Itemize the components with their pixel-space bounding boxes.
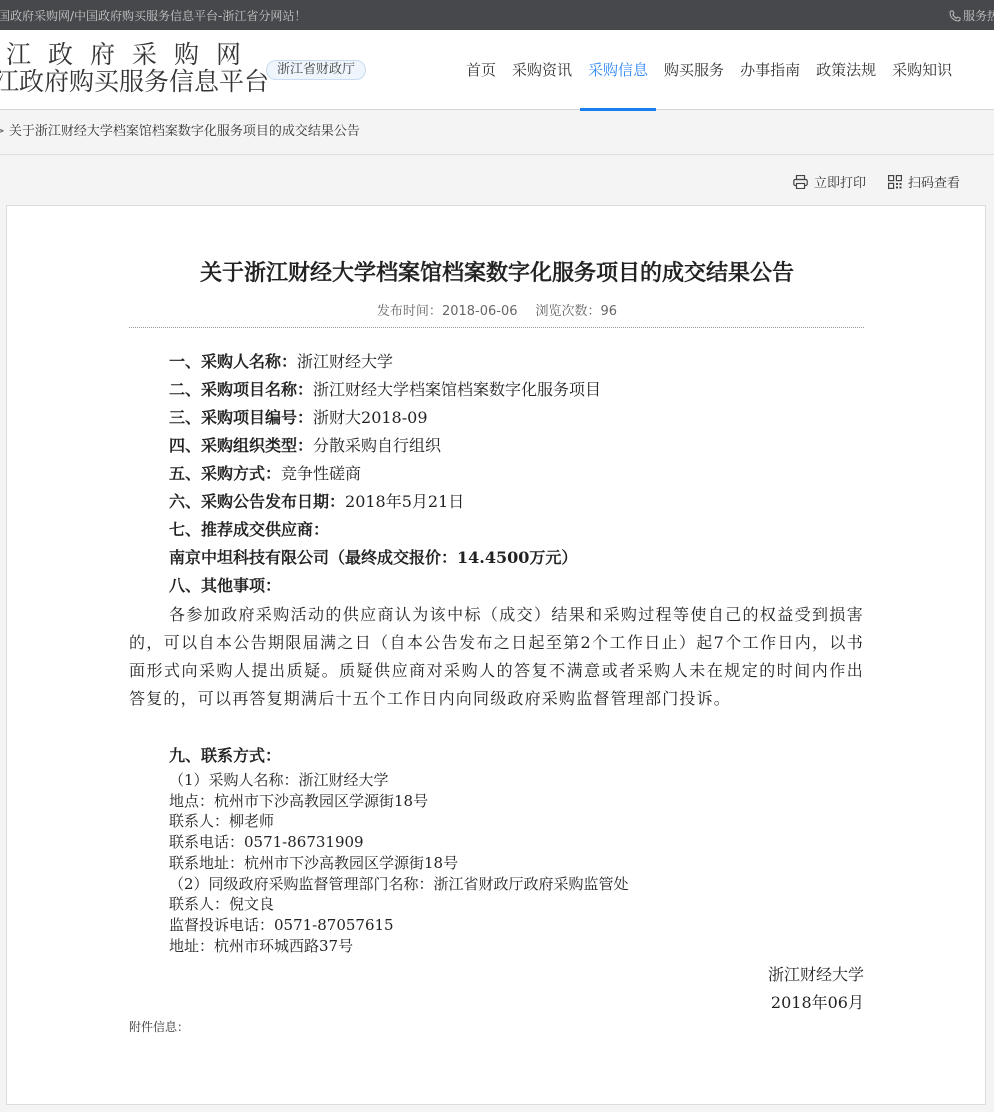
nav-item-guide[interactable]: 办事指南 — [732, 30, 808, 110]
item-purchaser: 一、采购人名称：浙江财经大学 — [169, 352, 393, 372]
contact-line: 地点：杭州市下沙高教园区学源街18号 — [169, 791, 428, 812]
print-label: 立即打印 — [814, 172, 866, 191]
signature-org: 浙江财经大学 — [768, 962, 864, 985]
contact-line: 联系地址：杭州市下沙高教园区学源街18号 — [169, 853, 458, 874]
breadcrumb: >关于浙江财经大学档案馆档案数字化服务项目的成交结果公告 — [0, 110, 994, 155]
contact-line: 联系电话：0571-86731909 — [169, 832, 364, 853]
hotline-label: 服务热 — [963, 9, 994, 23]
item-publish-date: 六、采购公告发布日期：2018年5月21日 — [169, 492, 464, 512]
item-supplier-heading: 七、推荐成交供应商： — [169, 520, 329, 540]
contact-line: 联系人：倪文良 — [169, 894, 274, 915]
attachments-label: 附件信息： — [129, 1018, 189, 1035]
item-project-name: 二、采购项目名称：浙江财经大学档案馆档案数字化服务项目 — [169, 380, 601, 400]
article-card: 关于浙江财经大学档案馆档案数字化服务项目的成交结果公告 发布时间：2018-06… — [6, 205, 986, 1105]
nav-item-procurement-info[interactable]: 采购信息 — [580, 30, 656, 110]
nav-item-purchase-services[interactable]: 购买服务 — [656, 30, 732, 110]
printer-icon — [793, 175, 808, 189]
qrcode-icon — [888, 175, 902, 189]
contact-line: 监督投诉电话：0571-87057615 — [169, 915, 394, 936]
contact-line: 地址：杭州市环城西路37号 — [169, 936, 353, 957]
contact-line: 联系人：柳老师 — [169, 811, 274, 832]
contact-line: （1）采购人名称：浙江财经大学 — [169, 770, 389, 791]
article-meta: 发布时间：2018-06-06浏览次数：96 — [7, 300, 987, 319]
publish-label: 发布时间： — [377, 304, 442, 319]
qrcode-button[interactable]: 扫码查看 — [888, 172, 960, 191]
item-project-number: 三、采购项目编号：浙财大2018-09 — [169, 408, 428, 428]
nav-item-home[interactable]: 首页 — [458, 30, 504, 110]
title-divider — [129, 327, 864, 328]
other-text: 各参加政府采购活动的供应商认为该中标（成交）结果和采购过程等使自己的权益受到损害… — [129, 601, 864, 713]
article-tools: 立即打印 扫码查看 — [793, 172, 982, 191]
site-header: 江政府采购网 江政府购买服务信息平台 浙江省财政厅 首页 采购资讯 采购信息 购… — [0, 30, 994, 110]
breadcrumb-separator: > — [0, 124, 5, 139]
print-button[interactable]: 立即打印 — [793, 172, 866, 191]
item-org-type: 四、采购组织类型：分散采购自行组织 — [169, 436, 441, 456]
supplier-result: 南京中坦科技有限公司（最终成交报价：14.4500万元） — [169, 548, 577, 568]
other-heading: 八、其他事项： — [169, 576, 281, 596]
department-badge[interactable]: 浙江省财政厅 — [266, 60, 366, 80]
item-method: 五、采购方式：竞争性磋商 — [169, 464, 361, 484]
views-label: 浏览次数： — [536, 304, 601, 319]
nav-item-knowledge[interactable]: 采购知识 — [884, 30, 960, 110]
contact-line: （2）同级政府采购监督管理部门名称：浙江省财政厅政府采购监管处 — [169, 874, 629, 895]
nav-item-policies[interactable]: 政策法规 — [808, 30, 884, 110]
article-title: 关于浙江财经大学档案馆档案数字化服务项目的成交结果公告 — [7, 256, 987, 287]
publish-date: 2018-06-06 — [442, 304, 518, 319]
qrcode-label: 扫码查看 — [908, 172, 960, 191]
breadcrumb-current: 关于浙江财经大学档案馆档案数字化服务项目的成交结果公告 — [9, 124, 360, 139]
logo-title[interactable]: 江政府采购网 — [6, 41, 258, 69]
logo-subtitle[interactable]: 江政府购买服务信息平台 — [0, 67, 269, 97]
service-hotline[interactable]: 服务热 — [949, 7, 994, 24]
nav-item-procurement-news[interactable]: 采购资讯 — [504, 30, 580, 110]
top-bar: 国政府采购网/中国政府购买服务信息平台-浙江省分网站！ 服务热 — [0, 0, 994, 30]
phone-icon — [949, 10, 961, 22]
signature-date: 2018年06月 — [771, 990, 864, 1013]
views-count: 96 — [601, 304, 618, 319]
welcome-text: 国政府采购网/中国政府购买服务信息平台-浙江省分网站！ — [0, 7, 306, 24]
main-nav: 首页 采购资讯 采购信息 购买服务 办事指南 政策法规 采购知识 — [458, 30, 960, 110]
contact-heading: 九、联系方式： — [169, 746, 281, 766]
